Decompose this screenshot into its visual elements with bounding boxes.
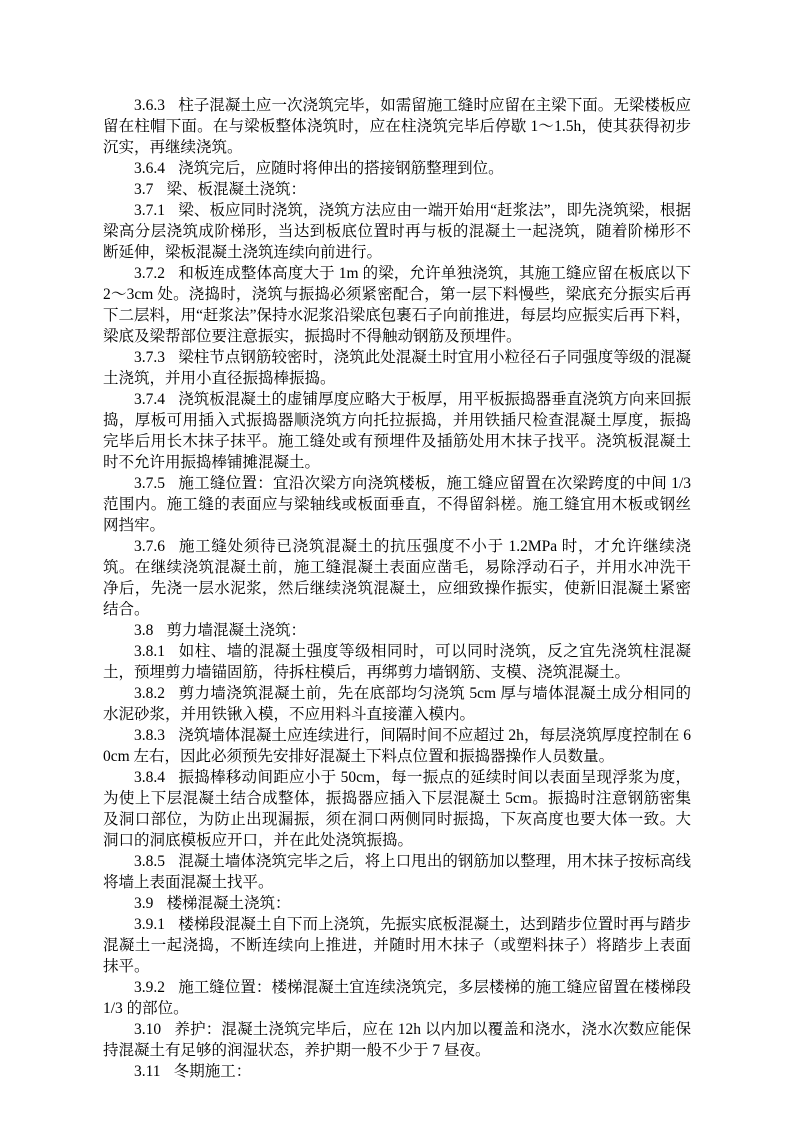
clause-number: 3.7.3 bbox=[134, 349, 165, 366]
paragraph-3-9: 3.9楼梯混凝土浇筑： bbox=[103, 893, 691, 914]
clause-text: 施工缝位置：宜沿次梁方向浇筑楼板，施工缝应留置在次梁跨度的中间 1/3 范围内。… bbox=[103, 475, 691, 534]
clause-number: 3.7.6 bbox=[134, 538, 165, 555]
clause-number: 3.7.2 bbox=[134, 265, 165, 282]
clause-number: 3.7.4 bbox=[134, 391, 165, 408]
clause-number: 3.7.5 bbox=[134, 475, 165, 492]
paragraph-3-11: 3.11冬期施工： bbox=[103, 1061, 691, 1082]
paragraph-3-7-4: 3.7.4浇筑板混凝土的虚铺厚度应略大于板厚，用平板振捣器垂直浇筑方向来回振捣，… bbox=[103, 389, 691, 473]
paragraph-3-8-4: 3.8.4振捣棒移动间距应小于 50cm，每一振点的延续时间以表面呈现浮浆为度，… bbox=[103, 767, 691, 851]
clause-number: 3.8 bbox=[134, 622, 153, 639]
clause-text: 浇筑墙体混凝土应连续进行，间隔时间不应超过 2h，每层浇筑厚度控制在 60cm … bbox=[103, 727, 691, 765]
document-page: { "document": { "language": "zh-CN", "pa… bbox=[0, 0, 793, 1122]
clause-number: 3.6.3 bbox=[134, 97, 165, 114]
clause-number: 3.8.2 bbox=[134, 685, 165, 702]
clause-text: 梁柱节点钢筋较密时，浇筑此处混凝土时宜用小粒径石子同强度等级的混凝土浇筑，并用小… bbox=[103, 349, 691, 387]
clause-number: 3.9 bbox=[134, 895, 153, 912]
clause-number: 3.11 bbox=[134, 1063, 161, 1080]
clause-text: 振捣棒移动间距应小于 50cm，每一振点的延续时间以表面呈现浮浆为度，为使上下层… bbox=[103, 769, 691, 849]
clause-text: 剪力墙浇筑混凝土前，先在底部均匀浇筑 5cm 厚与墙体混凝土成分相同的水泥砂浆，… bbox=[103, 685, 691, 723]
paragraph-3-8-2: 3.8.2剪力墙浇筑混凝土前，先在底部均匀浇筑 5cm 厚与墙体混凝土成分相同的… bbox=[103, 683, 691, 725]
clause-number: 3.6.4 bbox=[134, 160, 165, 177]
paragraph-3-7-1: 3.7.1梁、板应同时浇筑，浇筑方法应由一端开始用“赶浆法”，即先浇筑梁，根据梁… bbox=[103, 200, 691, 263]
clause-text: 楼梯段混凝土自下而上浇筑，先振实底板混凝土，达到踏步位置时再与踏步混凝土一起浇捣… bbox=[103, 916, 691, 975]
paragraph-3-7: 3.7梁、板混凝土浇筑： bbox=[103, 179, 691, 200]
clause-text: 养护：混凝土浇筑完毕后，应在 12h 以内加以覆盖和浇水，浇水次数应能保持混凝土… bbox=[103, 1021, 691, 1059]
clause-text: 如柱、墙的混凝土强度等级相同时，可以同时浇筑，反之宜先浇筑柱混凝土，预埋剪力墙锚… bbox=[103, 643, 691, 681]
clause-number: 3.9.1 bbox=[134, 916, 165, 933]
clause-number: 3.9.2 bbox=[134, 979, 165, 996]
paragraph-3-6-3: 3.6.3柱子混凝土应一次浇筑完毕，如需留施工缝时应留在主梁下面。无梁楼板应留在… bbox=[103, 95, 691, 158]
clause-number: 3.8.1 bbox=[134, 643, 165, 660]
paragraph-3-9-1: 3.9.1楼梯段混凝土自下而上浇筑，先振实底板混凝土，达到踏步位置时再与踏步混凝… bbox=[103, 914, 691, 977]
clause-text: 混凝土墙体浇筑完毕之后，将上口甩出的钢筋加以整理，用木抹子按标高线将墙上表面混凝… bbox=[103, 853, 691, 891]
clause-number: 3.8.5 bbox=[134, 853, 165, 870]
paragraph-3-8-1: 3.8.1如柱、墙的混凝土强度等级相同时，可以同时浇筑，反之宜先浇筑柱混凝土，预… bbox=[103, 641, 691, 683]
paragraph-3-9-2: 3.9.2施工缝位置：楼梯混凝土宜连续浇筑完，多层楼梯的施工缝应留置在楼梯段 1… bbox=[103, 977, 691, 1019]
clause-text: 施工缝位置：楼梯混凝土宜连续浇筑完，多层楼梯的施工缝应留置在楼梯段 1/3 的部… bbox=[103, 979, 691, 1017]
clause-text: 梁、板混凝土浇筑： bbox=[167, 181, 307, 198]
clause-number: 3.7 bbox=[134, 181, 153, 198]
paragraph-3-10: 3.10养护：混凝土浇筑完毕后，应在 12h 以内加以覆盖和浇水，浇水次数应能保… bbox=[103, 1019, 691, 1061]
clause-text: 柱子混凝土应一次浇筑完毕，如需留施工缝时应留在主梁下面。无梁楼板应留在柱帽下面。… bbox=[103, 97, 691, 156]
clause-text: 和板连成整体高度大于 1m 的梁，允许单独浇筑，其施工缝应留在板底以下 2～3c… bbox=[103, 265, 691, 345]
paragraph-3-6-4: 3.6.4浇筑完后，应随时将伸出的搭接钢筋整理到位。 bbox=[103, 158, 691, 179]
clause-number: 3.8.3 bbox=[134, 727, 165, 744]
paragraph-3-8: 3.8剪力墙混凝土浇筑： bbox=[103, 620, 691, 641]
paragraph-3-8-3: 3.8.3浇筑墙体混凝土应连续进行，间隔时间不应超过 2h，每层浇筑厚度控制在 … bbox=[103, 725, 691, 767]
paragraph-3-8-5: 3.8.5混凝土墙体浇筑完毕之后，将上口甩出的钢筋加以整理，用木抹子按标高线将墙… bbox=[103, 851, 691, 893]
clause-text: 施工缝处须待已浇筑混凝土的抗压强度不小于 1.2MPa 时，才允许继续浇筑。在继… bbox=[103, 538, 691, 618]
clause-text: 浇筑完后，应随时将伸出的搭接钢筋整理到位。 bbox=[178, 160, 504, 177]
clause-number: 3.10 bbox=[134, 1021, 161, 1038]
paragraph-3-7-3: 3.7.3梁柱节点钢筋较密时，浇筑此处混凝土时宜用小粒径石子同强度等级的混凝土浇… bbox=[103, 347, 691, 389]
document-text-body: 3.6.3柱子混凝土应一次浇筑完毕，如需留施工缝时应留在主梁下面。无梁楼板应留在… bbox=[103, 95, 691, 1082]
clause-text: 剪力墙混凝土浇筑： bbox=[167, 622, 307, 639]
paragraph-3-7-5: 3.7.5施工缝位置：宜沿次梁方向浇筑楼板，施工缝应留置在次梁跨度的中间 1/3… bbox=[103, 473, 691, 536]
paragraph-3-7-2: 3.7.2和板连成整体高度大于 1m 的梁，允许单独浇筑，其施工缝应留在板底以下… bbox=[103, 263, 691, 347]
clause-text: 冬期施工： bbox=[174, 1063, 252, 1080]
clause-text: 梁、板应同时浇筑，浇筑方法应由一端开始用“赶浆法”，即先浇筑梁，根据梁高分层浇筑… bbox=[103, 202, 691, 261]
clause-text: 浇筑板混凝土的虚铺厚度应略大于板厚，用平板振捣器垂直浇筑方向来回振捣，厚板可用插… bbox=[103, 391, 691, 471]
clause-number: 3.7.1 bbox=[134, 202, 165, 219]
clause-text: 楼梯混凝土浇筑： bbox=[167, 895, 291, 912]
clause-number: 3.8.4 bbox=[134, 769, 165, 786]
paragraph-3-7-6: 3.7.6施工缝处须待已浇筑混凝土的抗压强度不小于 1.2MPa 时，才允许继续… bbox=[103, 536, 691, 620]
